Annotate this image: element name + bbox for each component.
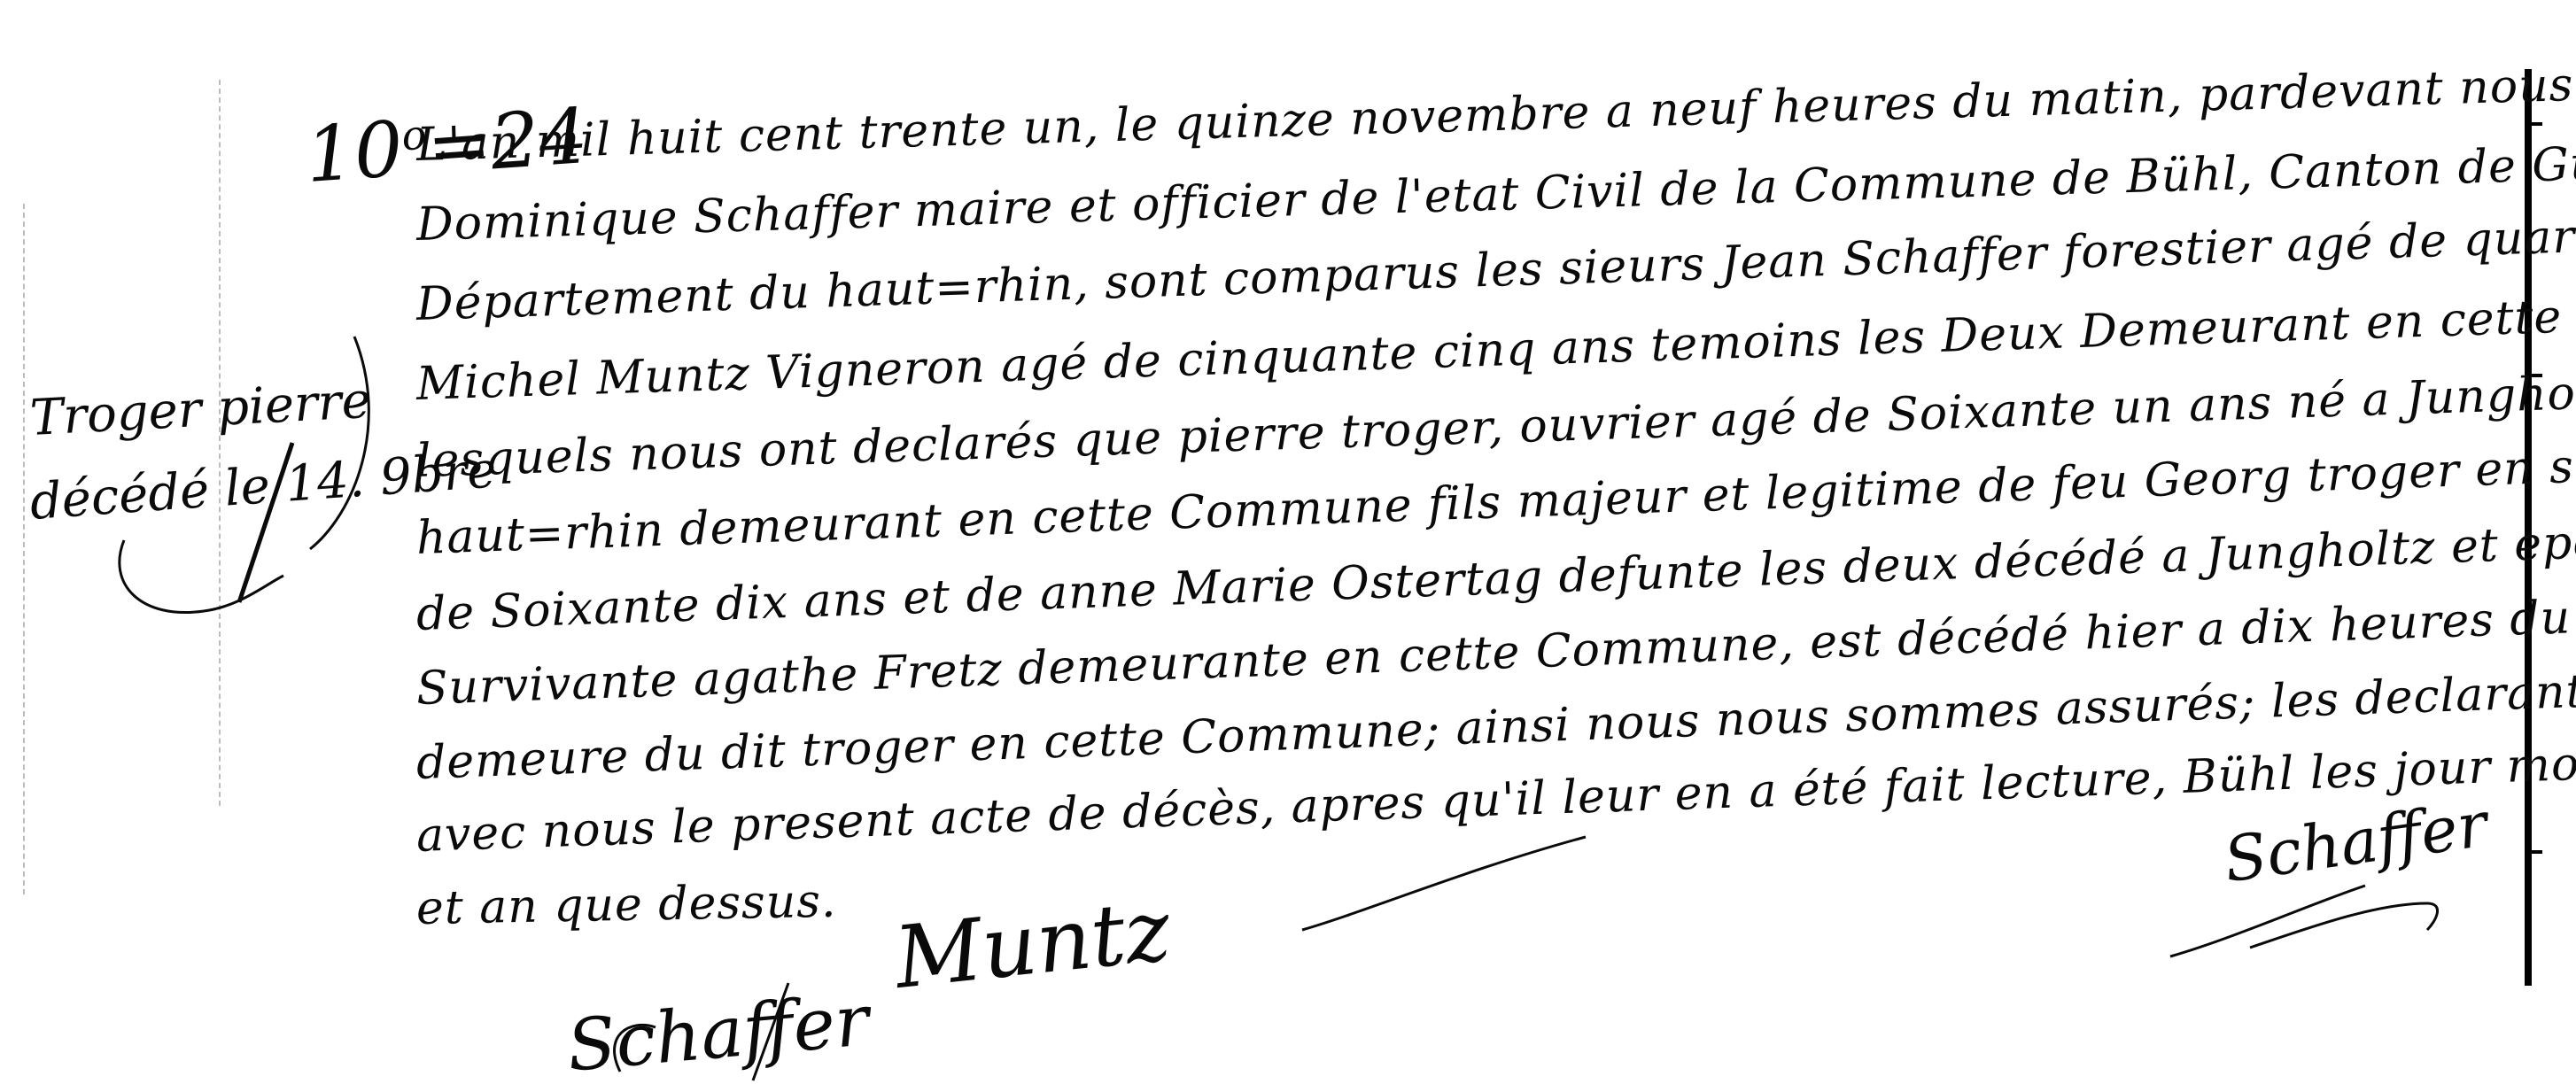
signature-underline-icon bbox=[1293, 832, 1594, 939]
mayor-signature-flourish-icon bbox=[2161, 877, 2463, 974]
margin-flourish-icon bbox=[89, 319, 416, 620]
right-border-tick bbox=[2530, 850, 2542, 854]
entry-number-main: 10 bbox=[303, 105, 406, 200]
scanned-register-page: 10o=24 Troger pierre décédé le 14. 9bre … bbox=[0, 0, 2576, 1084]
act-line-11: et an que dessus. bbox=[416, 879, 837, 932]
signature-witness-2: Muntz bbox=[890, 880, 1175, 1008]
left-margin-rule bbox=[23, 204, 25, 894]
right-border-tick bbox=[2530, 122, 2542, 126]
signature-flourish-icon bbox=[567, 939, 850, 1084]
